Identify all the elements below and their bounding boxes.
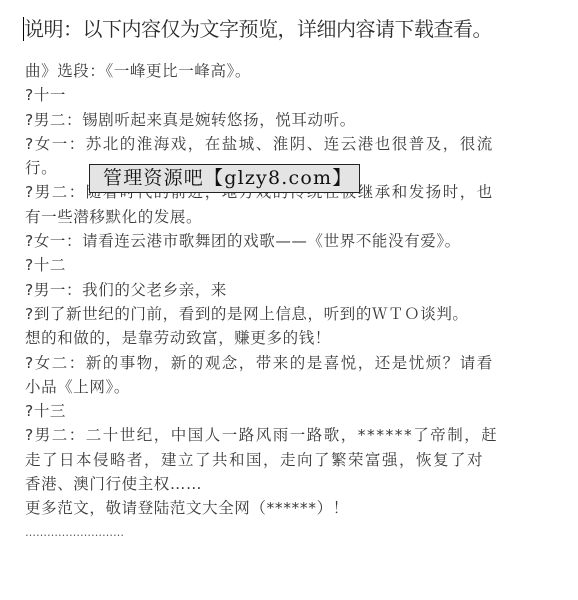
text-line: 走了日本侵略者，建立了共和国，走向了繁荣富强，恢复了对	[25, 448, 555, 472]
text-line: ?女一：请看连云港市歌舞团的戏歌——《世界不能没有爱》。	[25, 229, 555, 253]
text-line: ?男一：我们的父老乡亲，来	[25, 278, 555, 302]
preview-notice: 说明：以下内容仅为文字预览，详细内容请下载查看。	[24, 16, 492, 42]
text-line: ?男二：锡剧听起来真是婉转悠扬，悦耳动听。	[25, 108, 555, 132]
text-line: ?到了新世纪的门前，看到的是网上信息，听到的ＷＴＯ谈判。	[25, 302, 555, 326]
text-line: ?男二：二十世纪，中国人一路风雨一路歌，******了帝制，赶	[25, 423, 555, 447]
text-line: 香港、澳门行使主权……	[25, 472, 555, 496]
text-line: 更多范文，敬请登陆范文大全网（******）！	[25, 496, 555, 520]
text-line: 想的和做的，是靠劳动致富，赚更多的钱！	[25, 326, 555, 350]
section-heading: ?十三	[25, 399, 555, 423]
section-heading: ?十二	[25, 253, 555, 277]
section-heading: ?十一	[25, 83, 555, 107]
text-line: ?女一：苏北的淮海戏，在盐城、淮阴、连云港也很普及，很流	[25, 132, 555, 156]
text-line: 曲》选段：《一峰更比一峰高》。	[25, 59, 555, 83]
text-line: 有一些潜移默化的发展。	[25, 205, 555, 229]
ellipsis-line: ………………………	[25, 521, 555, 545]
document-body: 曲》选段：《一峰更比一峰高》。 ?十一 ?男二：锡剧听起来真是婉转悠扬，悦耳动听…	[25, 59, 555, 545]
text-line: ?女二：新的事物，新的观念，带来的是喜悦，还是忧烦？请看	[25, 351, 555, 375]
text-line: 小品《上网》。	[25, 375, 555, 399]
watermark-banner: 管理资源吧【glzy8.com】	[89, 164, 360, 193]
